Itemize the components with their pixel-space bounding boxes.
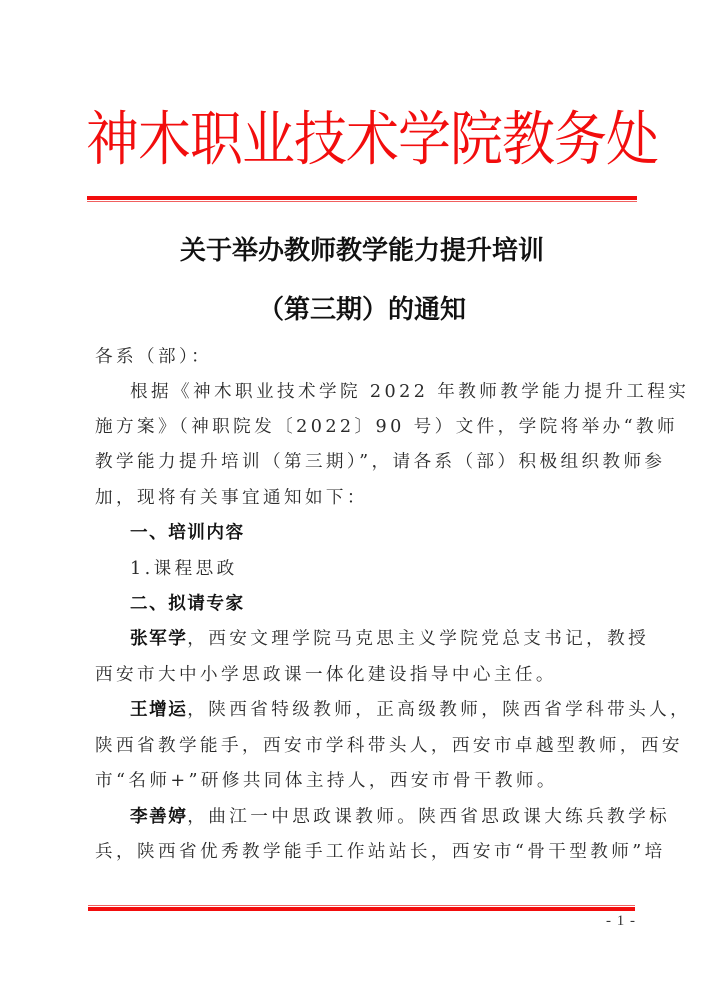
expert-2-line-3: 市“名师+”研修共同体主持人，西安市骨干教师。 xyxy=(95,769,635,793)
expert-3-line-2: 兵，陕西省优秀教学能手工作站站长，西安市“骨干型教师”培 xyxy=(95,840,635,864)
section-heading-training-content: 一、培训内容 xyxy=(130,521,670,545)
footer-rule-thin xyxy=(88,905,635,906)
document-page: 神木职业技术学院教务处 关于举办教师教学能力提升培训 （第三期）的通知 各系（部… xyxy=(0,0,722,1002)
expert-1-line-1: 张军学，西安文理学院马克思主义学院党总支书记，教授 xyxy=(130,627,670,651)
footer-rule-thick xyxy=(88,907,635,911)
header-rule-thick xyxy=(87,196,637,200)
notice-title-line-2: （第三期）的通知 xyxy=(86,289,638,326)
expert-3-name: 李善婷 xyxy=(130,807,187,827)
intro-line-2: 施方案》（神职院发〔2022〕90 号）文件，学院将举办“教师 xyxy=(95,415,635,439)
masthead-title: 神木职业技术学院教务处 xyxy=(86,100,638,181)
expert-2-name: 王增运 xyxy=(130,700,187,720)
intro-line-3: 教学能力提升培训（第三期）”，请各系（部）积极组织教师参 xyxy=(95,450,635,474)
intro-line-4: 加，现将有关事宜通知如下： xyxy=(95,486,635,510)
salutation: 各系（部）： xyxy=(95,345,635,369)
notice-title-line-1: 关于举办教师教学能力提升培训 xyxy=(86,230,638,267)
expert-2-line-1: 王增运，陕西省特级教师，正高级教师，陕西省学科带头人， xyxy=(130,698,670,722)
section-heading-experts: 二、拟请专家 xyxy=(130,592,670,616)
intro-line-1: 根据《神木职业技术学院 2022 年教师教学能力提升工程实 xyxy=(130,380,670,404)
expert-3-line-1: 李善婷，曲江一中思政课教师。陕西省思政课大练兵教学标 xyxy=(130,805,670,829)
expert-1-name: 张军学 xyxy=(130,629,187,649)
expert-2-line-2: 陕西省教学能手，西安市学科带头人，西安市卓越型教师，西安 xyxy=(95,734,635,758)
training-item-1: 1.课程思政 xyxy=(130,557,670,581)
page-number: - 1 - xyxy=(600,913,636,930)
expert-1-line-2: 西安市大中小学思政课一体化建设指导中心主任。 xyxy=(95,663,635,687)
header-rule-thin xyxy=(87,201,637,202)
